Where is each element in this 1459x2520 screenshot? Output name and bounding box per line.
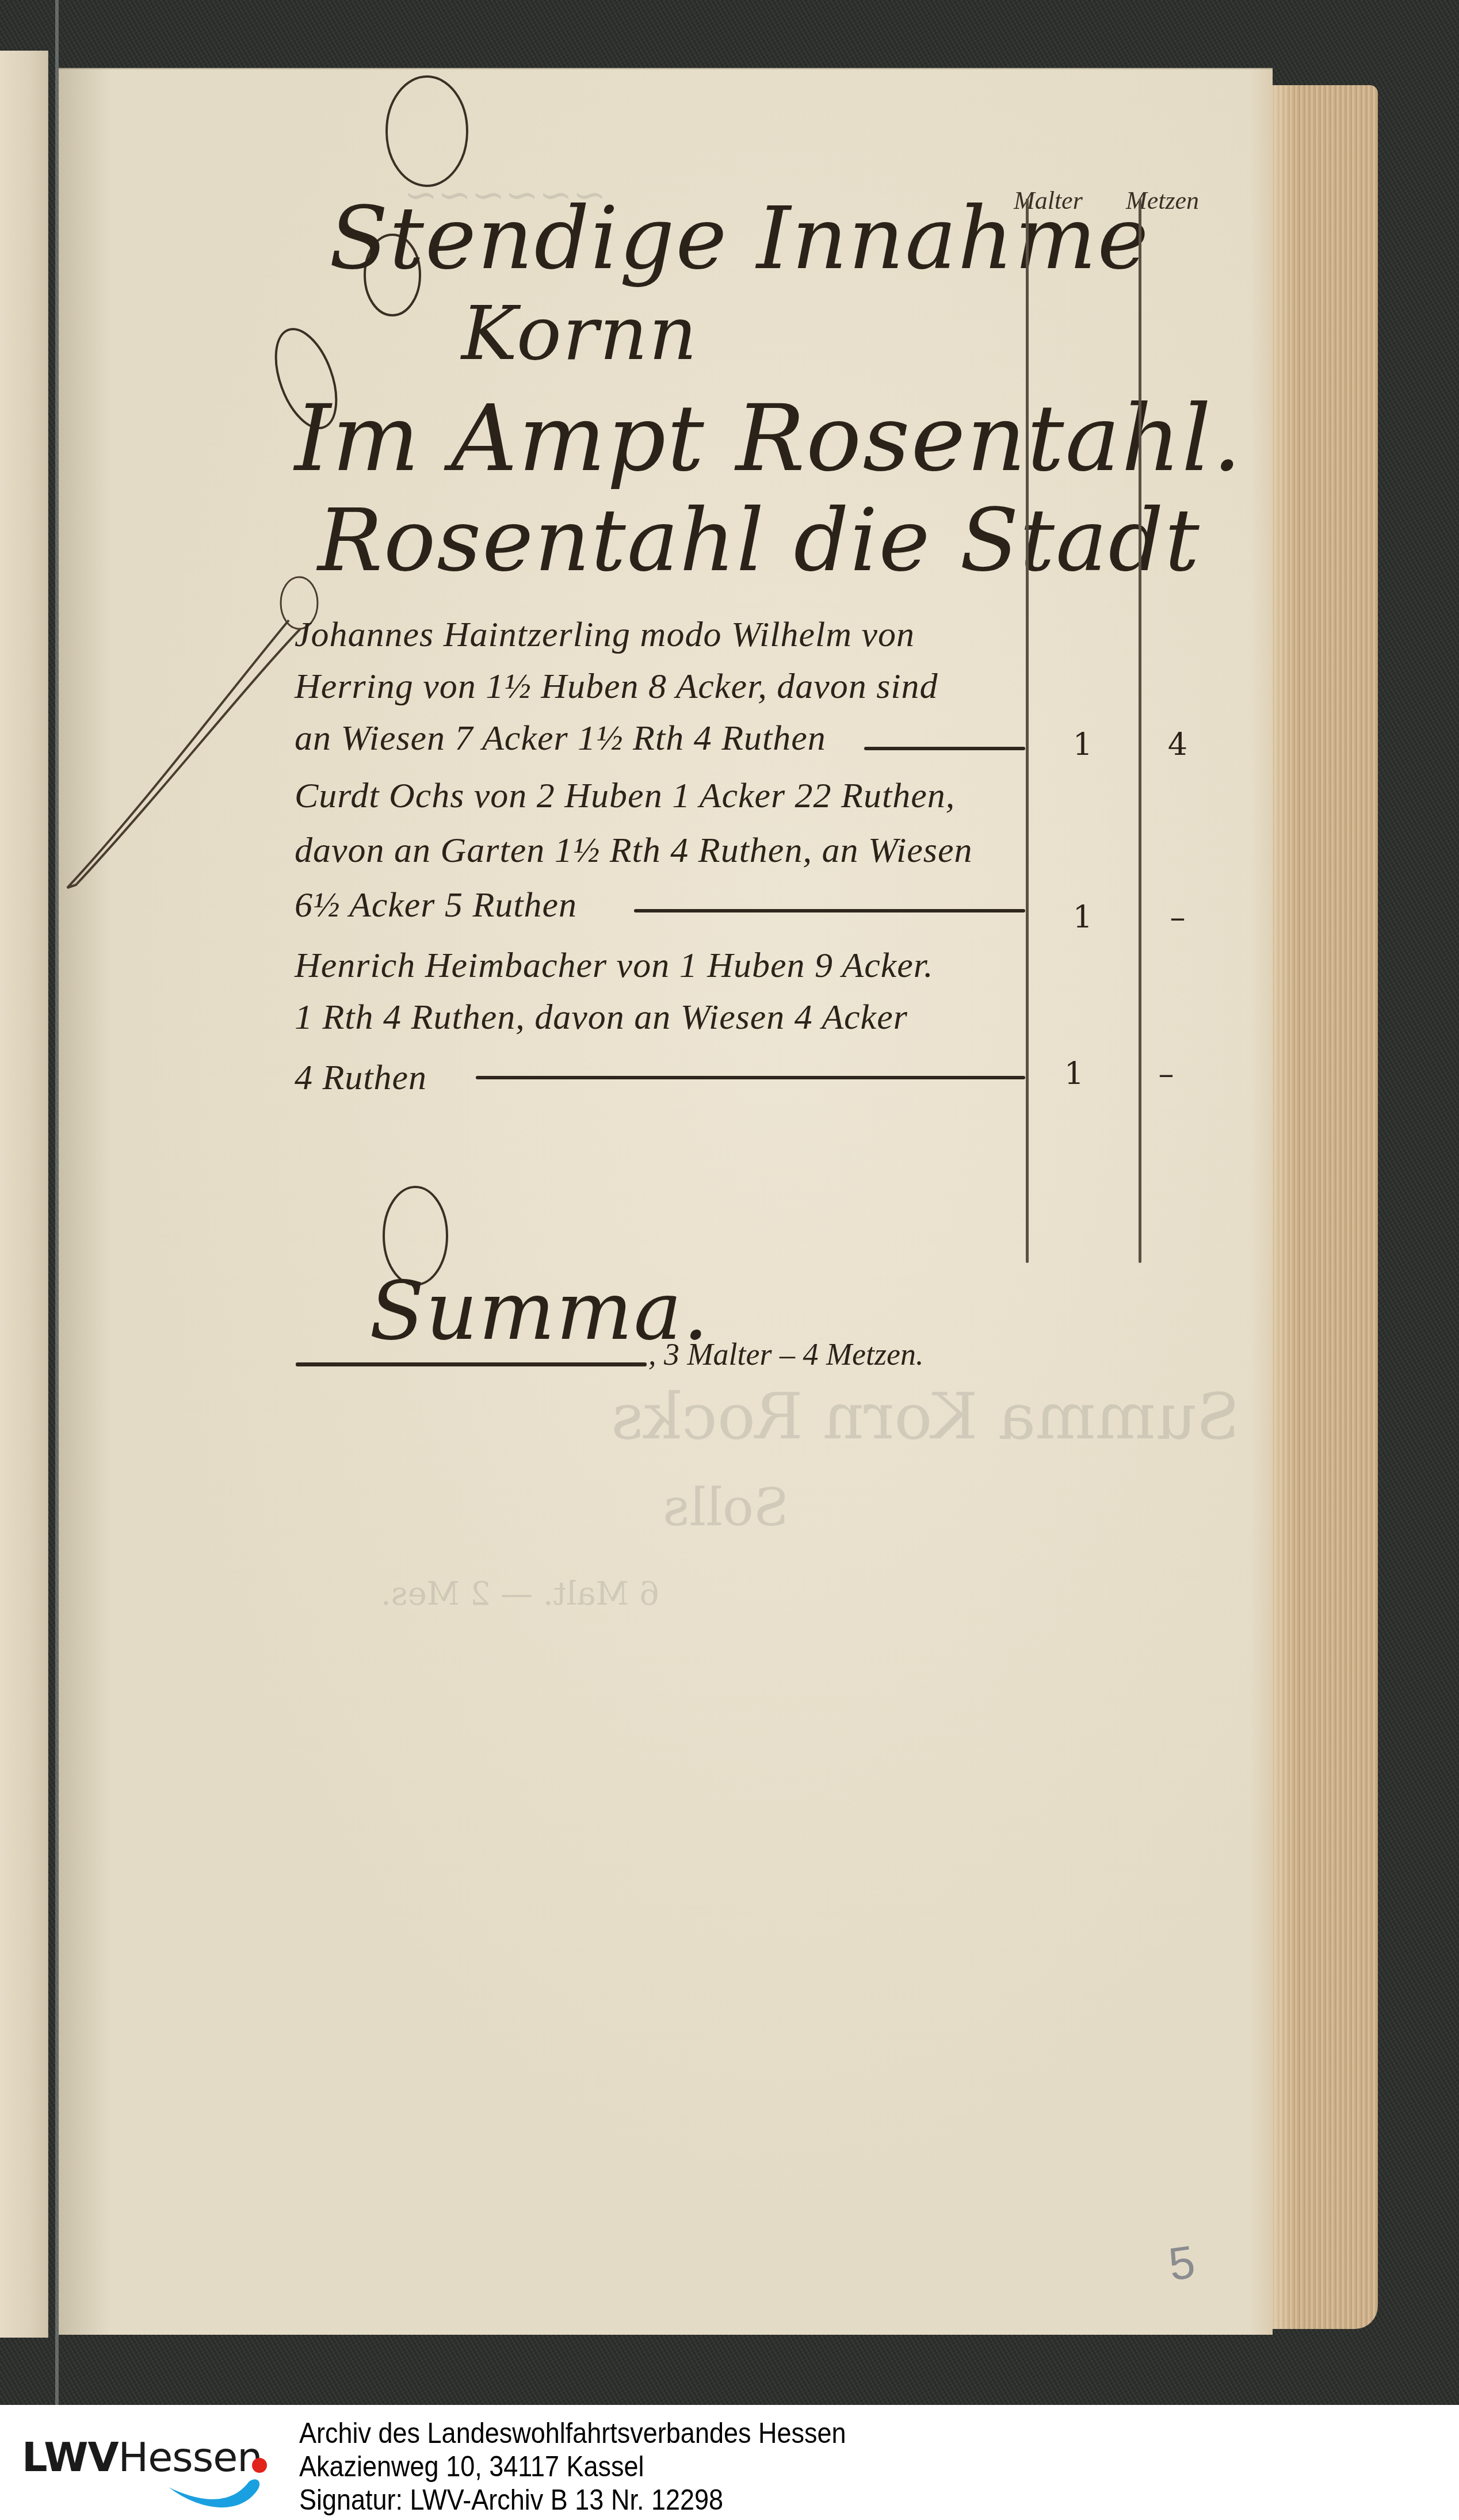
entry-malter-value: 1 bbox=[1060, 899, 1106, 936]
heading-kornn: Kornn bbox=[461, 289, 698, 377]
archive-footer: LWVHessen Archiv des Landeswohlfahrtsver… bbox=[0, 2405, 1459, 2520]
entry-text-line: davon an Garten 1½ Rth 4 Ruthen, an Wies… bbox=[295, 830, 973, 871]
entry-text-line: 1 Rth 4 Ruthen, davon an Wiesen 4 Acker bbox=[295, 997, 908, 1038]
column-header-metzen: Metzen bbox=[1126, 186, 1199, 215]
logo-swoosh-icon bbox=[166, 2477, 263, 2520]
logo-light-text: Hessen bbox=[119, 2434, 262, 2481]
entry-text-line: Herring von 1½ Huben 8 Acker, davon sind bbox=[295, 666, 938, 707]
entry-rule bbox=[864, 747, 1025, 750]
summa-total: , 3 Malter – 4 Metzen. bbox=[648, 1337, 923, 1372]
entry-text-line: Curdt Ochs von 2 Huben 1 Acker 22 Ruthen… bbox=[295, 776, 955, 816]
lwv-hessen-logo: LWVHessen bbox=[22, 2422, 275, 2514]
scanned-book-spread: Summa Korn Rocks Solls 6 Malt. — 2 Mes. … bbox=[0, 0, 1459, 2405]
logo-red-dot-icon bbox=[252, 2458, 267, 2473]
entry-metzen-value: 4 bbox=[1155, 727, 1201, 763]
entry-text-line: 6½ Acker 5 Ruthen bbox=[295, 885, 577, 926]
entry-text-line: 4 Ruthen bbox=[295, 1057, 427, 1098]
entry-rule bbox=[476, 1076, 1025, 1079]
manuscript-page: Summa Korn Rocks Solls 6 Malt. — 2 Mes. … bbox=[59, 68, 1273, 2335]
summa-rule bbox=[296, 1362, 647, 1366]
archive-name: Archiv des Landeswohlfahrtsverbandes Hes… bbox=[299, 2416, 846, 2450]
entry-text-line: Henrich Heimbacher von 1 Huben 9 Acker. bbox=[295, 945, 934, 986]
entry-metzen-value: – bbox=[1143, 1056, 1189, 1092]
entry-metzen-value: – bbox=[1155, 899, 1201, 936]
entry-text-line: an Wiesen 7 Acker 1½ Rth 4 Ruthen bbox=[295, 718, 826, 759]
archive-signature: Signatur: LWV-Archiv B 13 Nr. 12298 bbox=[299, 2483, 846, 2517]
archive-address-block: Archiv des Landeswohlfahrtsverbandes Hes… bbox=[299, 2416, 907, 2517]
archive-address: Akazienweg 10, 34117 Kassel bbox=[299, 2450, 846, 2483]
glass-plate-edge bbox=[55, 0, 59, 2405]
entry-text-line: Johannes Haintzerling modo Wilhelm von bbox=[295, 614, 915, 655]
previous-page-edge bbox=[0, 51, 48, 2338]
logo-bold-text: LWV bbox=[22, 2434, 119, 2481]
entry-malter-value: 1 bbox=[1051, 1056, 1097, 1092]
entry-rule bbox=[634, 909, 1025, 912]
logo-wordmark: LWVHessen bbox=[22, 2434, 262, 2481]
column-rule-malter bbox=[1026, 198, 1029, 1263]
column-rule-metzen bbox=[1139, 198, 1141, 1263]
column-header-malter: Malter bbox=[1014, 186, 1083, 215]
heading-rosentahl-die-stadt: Rosentahl die Stadt bbox=[318, 491, 1201, 591]
heading-amt-rosentahl: Im Ampt Rosentahl. bbox=[295, 384, 1243, 492]
entry-malter-value: 1 bbox=[1060, 727, 1106, 763]
